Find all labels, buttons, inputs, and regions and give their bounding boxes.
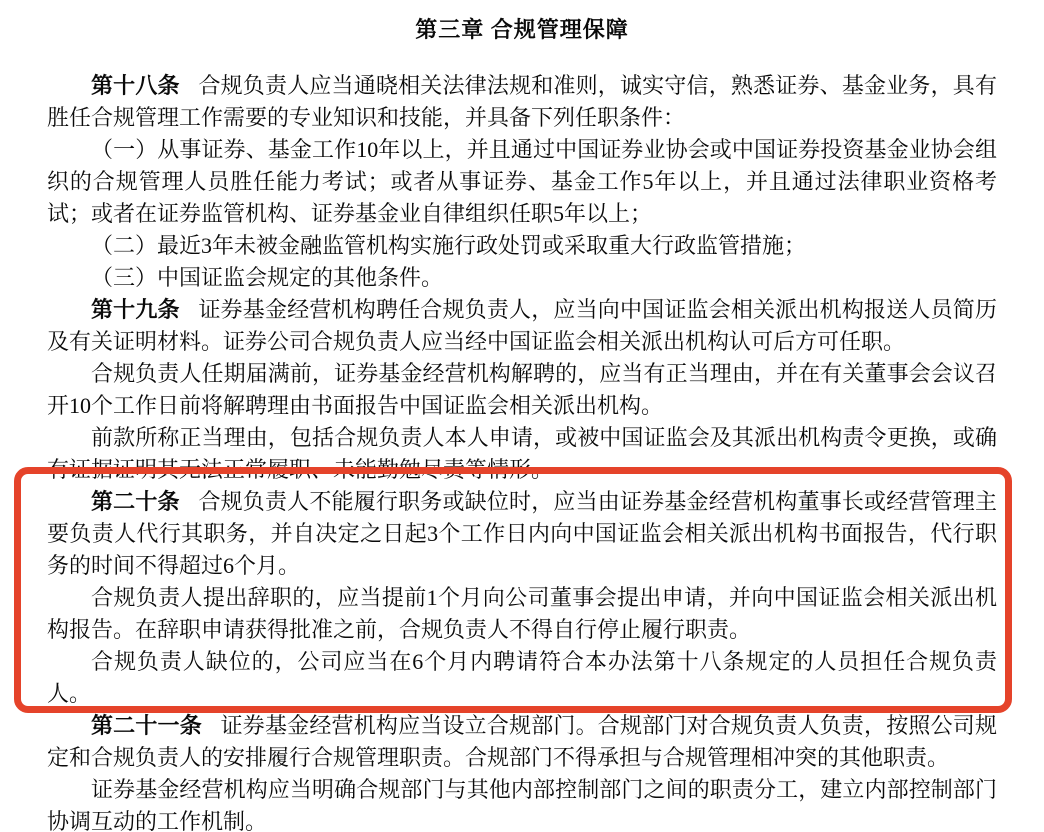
paragraph-article-20-clause-2: 合规负责人提出辞职的，应当提前1个月向公司董事会提出申请，并向中国证监会相关派出… (47, 582, 997, 646)
paragraph-text: （二）最近3年未被金融监管机构实施行政处罚或采取重大行政监管措施； (91, 233, 806, 258)
paragraph-text: （一）从事证券、基金工作10年以上，并且通过中国证券业协会或中国证券投资基金业协… (47, 137, 997, 226)
paragraph-item-1: （一）从事证券、基金工作10年以上，并且通过中国证券业协会或中国证券投资基金业协… (47, 134, 997, 230)
paragraph-article-19: 第十九条证券基金经营机构聘任合规负责人，应当向中国证监会相关派出机构报送人员简历… (47, 294, 997, 358)
paragraph-article-21: 第二十一条证券基金经营机构应当设立合规部门。合规部门对合规负责人负责，按照公司规… (47, 710, 997, 774)
paragraph-text: 证券基金经营机构聘任合规负责人，应当向中国证监会相关派出机构报送人员简历及有关证… (47, 297, 997, 354)
paragraph-item-3: （三）中国证监会规定的其他条件。 (47, 262, 997, 294)
paragraph-article-18: 第十八条合规负责人应当通晓相关法律法规和准则，诚实守信，熟悉证券、基金业务，具有… (47, 70, 997, 134)
paragraph-item-2: （二）最近3年未被金融监管机构实施行政处罚或采取重大行政监管措施； (47, 230, 997, 262)
paragraph-text: 合规负责人不能履行职务或缺位时，应当由证券基金经营机构董事长或经营管理主要负责人… (47, 489, 997, 578)
paragraph-article-20: 第二十条合规负责人不能履行职务或缺位时，应当由证券基金经营机构董事长或经营管理主… (47, 486, 997, 582)
paragraph-text: 合规负责人提出辞职的，应当提前1个月向公司董事会提出申请，并向中国证监会相关派出… (47, 585, 997, 642)
paragraph-article-19-clause-2: 合规负责人任期届满前，证券基金经营机构解聘的，应当有正当理由，并在有关董事会会议… (47, 358, 997, 422)
article-20-number: 第二十条 (91, 489, 180, 514)
document-content: 第三章 合规管理保障 第十八条合规负责人应当通晓相关法律法规和准则，诚实守信，熟… (47, 14, 997, 832)
paragraph-article-19-clause-3: 前款所称正当理由，包括合规负责人本人申请，或被中国证监会及其派出机构责令更换，或… (47, 422, 997, 486)
paragraph-article-21-clause-2: 证券基金经营机构应当明确合规部门与其他内部控制部门之间的职责分工，建立内部控制部… (47, 774, 997, 832)
article-21-number: 第二十一条 (91, 713, 202, 738)
article-18-number: 第十八条 (91, 73, 180, 98)
paragraph-text: 证券基金经营机构应当明确合规部门与其他内部控制部门之间的职责分工，建立内部控制部… (47, 777, 997, 832)
paragraph-text: （三）中国证监会规定的其他条件。 (91, 265, 443, 290)
highlighted-section-article-20: 第二十条合规负责人不能履行职务或缺位时，应当由证券基金经营机构董事长或经营管理主… (47, 486, 997, 710)
article-19-number: 第十九条 (91, 297, 180, 322)
chapter-title: 第三章 合规管理保障 (47, 14, 997, 46)
paragraph-text: 前款所称正当理由，包括合规负责人本人申请，或被中国证监会及其派出机构责令更换，或… (47, 425, 997, 482)
paragraph-article-20-clause-3: 合规负责人缺位的，公司应当在6个月内聘请符合本办法第十八条规定的人员担任合规负责… (47, 646, 997, 710)
paragraph-text: 合规负责人应当通晓相关法律法规和准则，诚实守信，熟悉证券、基金业务，具有胜任合规… (47, 73, 997, 130)
paragraph-text: 合规负责人缺位的，公司应当在6个月内聘请符合本办法第十八条规定的人员担任合规负责… (47, 649, 997, 706)
paragraph-text: 合规负责人任期届满前，证券基金经营机构解聘的，应当有正当理由，并在有关董事会会议… (47, 361, 997, 418)
document-page: 第三章 合规管理保障 第十八条合规负责人应当通晓相关法律法规和准则，诚实守信，熟… (0, 0, 1044, 832)
